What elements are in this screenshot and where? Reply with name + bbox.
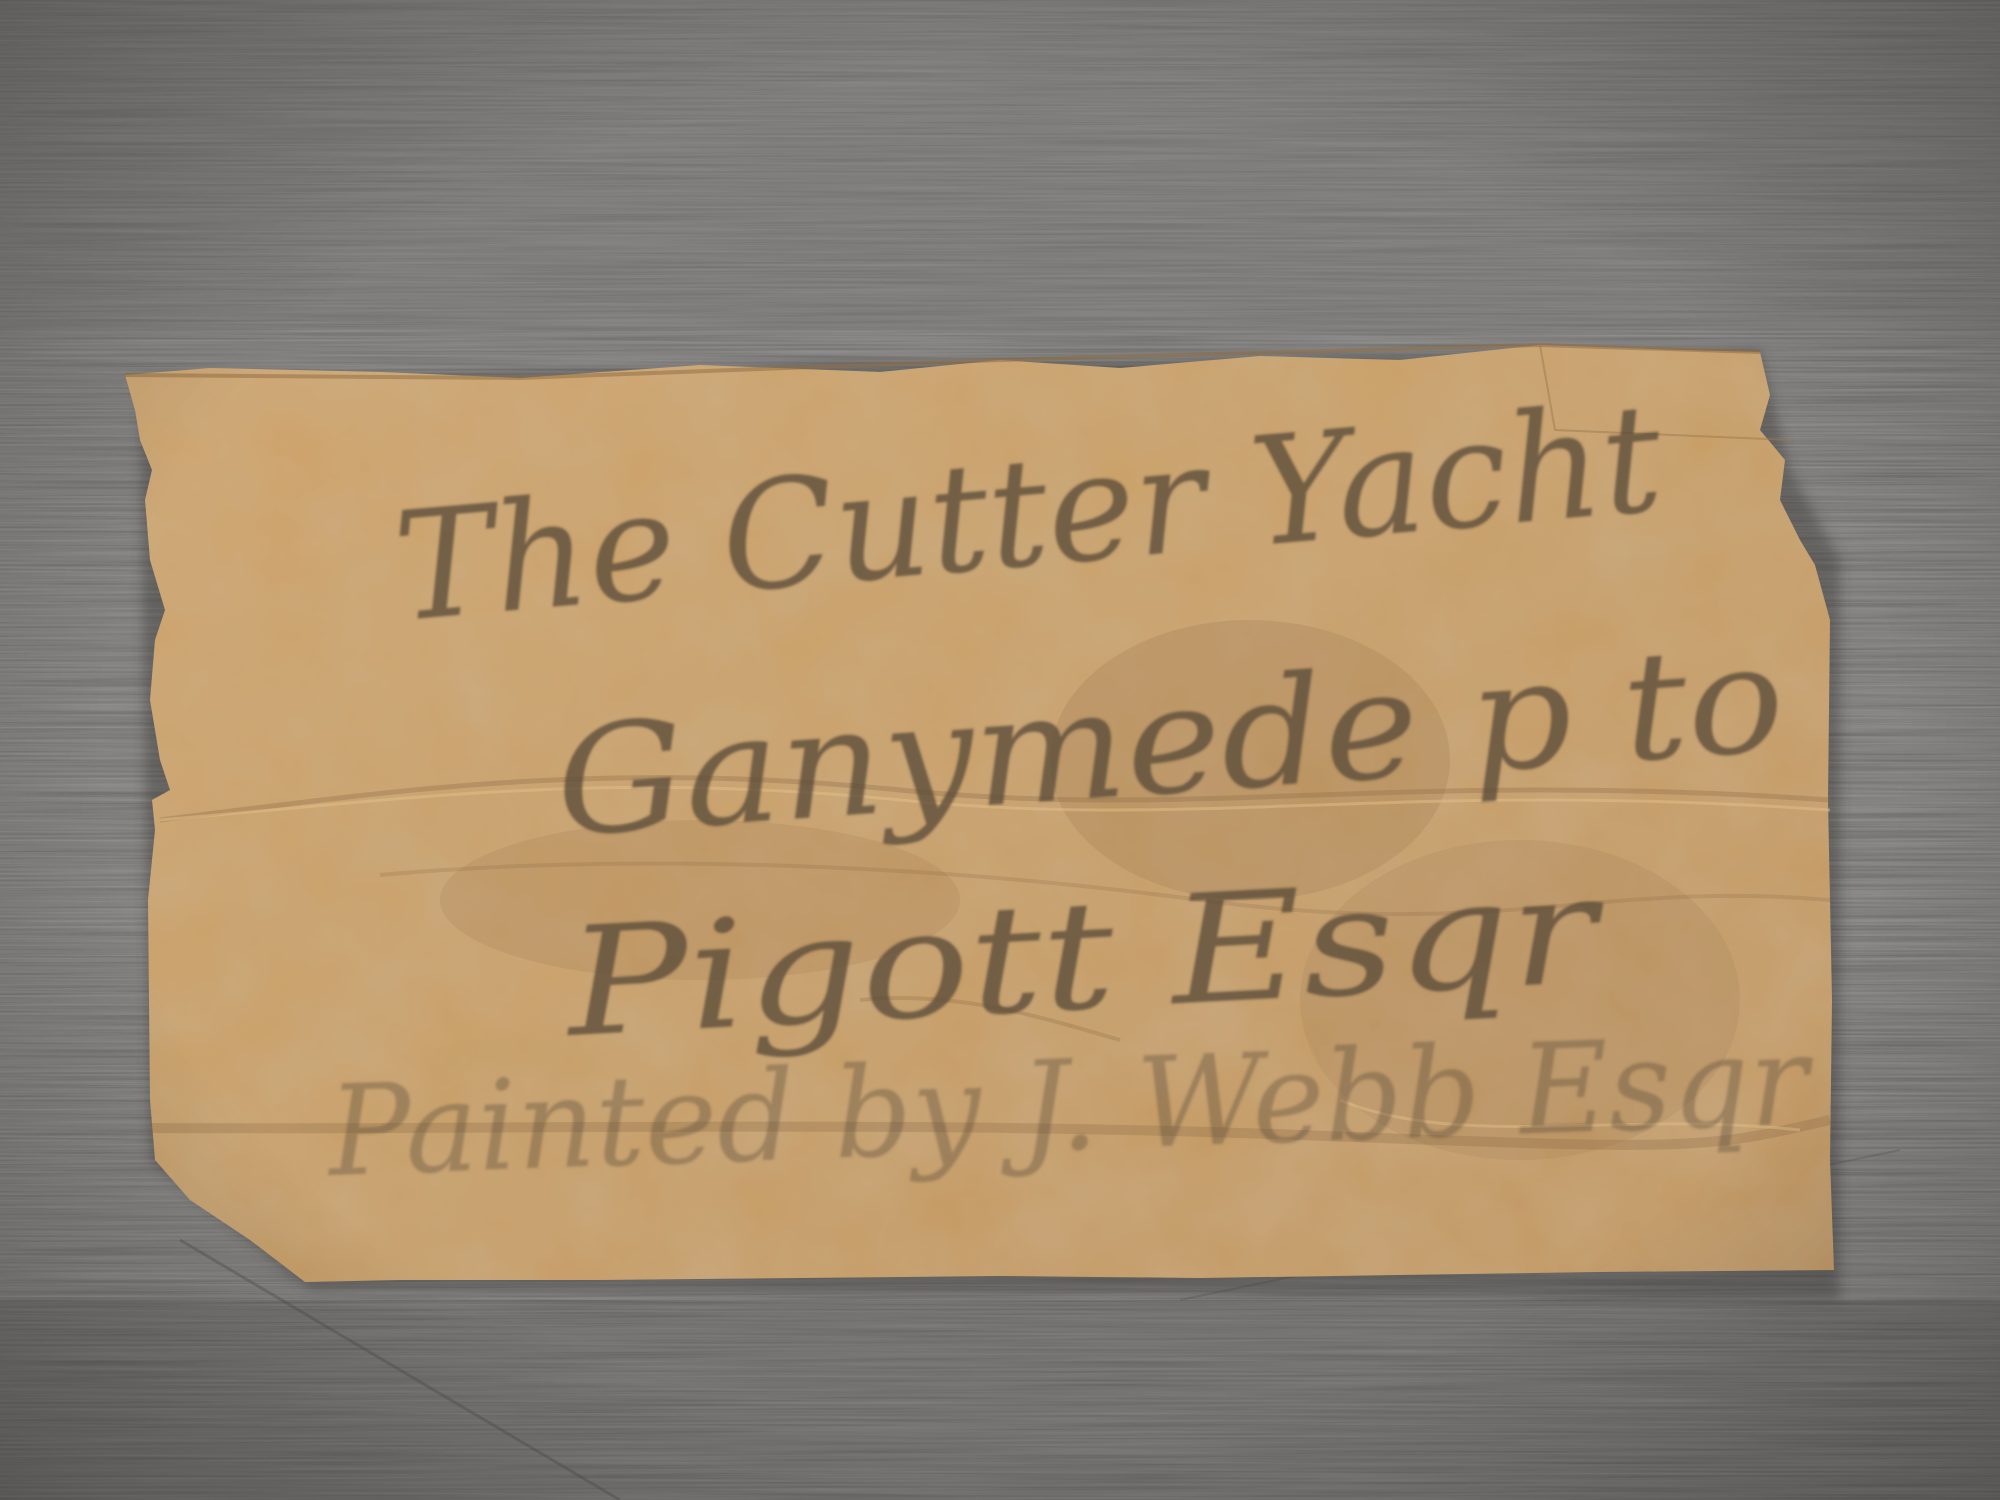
photo-scene: The Cutter Yacht Ganymede p to Pigott Es… xyxy=(0,0,2000,1500)
